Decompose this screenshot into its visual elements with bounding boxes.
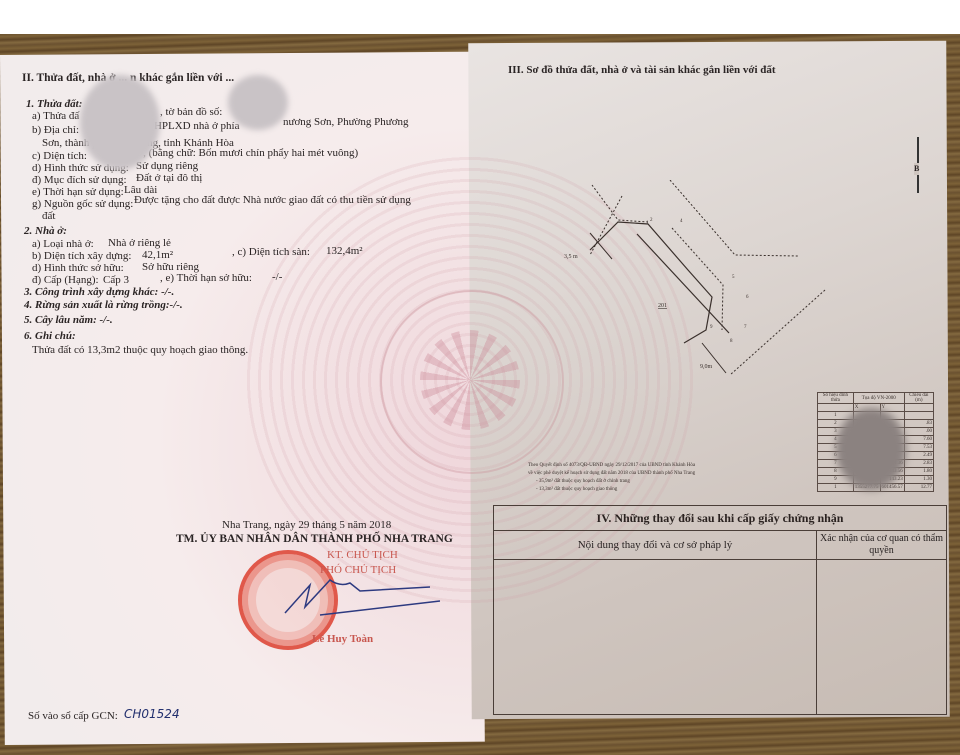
gcn-number-value: CH01524 <box>124 708 180 720</box>
changes-col-confirmation: Xác nhận của cơ quan có thẩm quyền <box>817 531 946 559</box>
item1b-ward: nương Sơn, Phường Phương <box>283 116 409 128</box>
coord-cell-len <box>904 412 933 420</box>
svg-text:3,5 m: 3,5 m <box>564 254 578 260</box>
redaction-blur <box>80 75 160 170</box>
coord-cell-len: 7.60 <box>904 436 933 444</box>
item2a-label: a) Loại nhà ở: <box>32 238 94 250</box>
item2c-label: , c) Diện tích sàn: <box>232 246 310 258</box>
item6-note: Thửa đất có 13,3m2 thuộc quy hoạch giao … <box>32 344 248 356</box>
item1a-map-sheet: , tờ bản đồ số: <box>160 106 222 118</box>
changes-col-content: Nội dung thay đổi và cơ sở pháp lý <box>494 531 817 559</box>
item2d-label: d) Hình thức sở hữu: <box>32 262 124 274</box>
coord-cell-len: 1.80 <box>904 468 933 476</box>
item2dd-label: đ) Cấp (Hạng): <box>32 274 99 286</box>
svg-text:9: 9 <box>710 325 713 330</box>
item1b-address-part: QHPLXD nhà ở phía <box>146 120 240 132</box>
svg-text:4: 4 <box>680 219 683 224</box>
item3-other-construction: 3. Công trình xây dựng khác: -/-. <box>24 286 174 298</box>
item2dd-value: Cấp 3 <box>103 274 129 286</box>
north-label: B <box>914 163 919 175</box>
note-line: Theo Quyết định số 4073/QĐ-UBND ngày 29/… <box>528 462 695 470</box>
coord-cell-len: 7.53 <box>904 444 933 452</box>
coord-cell-len: .00 <box>904 428 933 436</box>
item1g-continuation: đất <box>42 210 55 222</box>
svg-text:2: 2 <box>650 218 653 223</box>
item1g-value: Được tặng cho đất được Nhà nước giao đất… <box>134 194 411 206</box>
item5-perennial-trees: 5. Cây lâu năm: -/-. <box>24 314 113 326</box>
signature-mark <box>280 575 450 625</box>
item2e-value: -/- <box>272 271 282 283</box>
changes-after-issuance-table: IV. Những thay đổi sau khi cấp giấy chứn… <box>493 505 947 715</box>
item1c-label: c) Diện tích: <box>32 150 87 162</box>
note-line: về việc phê duyệt kế hoạch sử dụng đất n… <box>528 470 695 478</box>
redaction-blur <box>228 75 288 130</box>
item2b-label: b) Diện tích xây dựng: <box>32 250 131 262</box>
coord-cell-id: 1 <box>818 484 854 492</box>
item2c-value: 132,4m² <box>326 245 363 257</box>
changes-confirmation-cell <box>817 560 946 714</box>
item1a-label: a) Thửa đấ <box>32 110 79 122</box>
item1e-label: e) Thời hạn sử dụng: <box>32 186 124 198</box>
coord-header-vertex: Số hiệu đỉnh thửa <box>818 393 854 404</box>
coord-cell-len: 12.77 <box>904 484 933 492</box>
svg-text:5: 5 <box>732 275 735 280</box>
coord-cell-len: .83 <box>904 420 933 428</box>
changes-content-cell <box>494 560 817 714</box>
changes-table-title: IV. Những thay đổi sau khi cấp giấy chứn… <box>494 506 946 531</box>
item2b-value: 42,1m² <box>142 249 173 261</box>
gcn-number-label: Số vào sổ cấp GCN: <box>28 710 118 722</box>
note-line: - 35,9m² đất thuộc quy hoạch đất ở chỉnh… <box>528 478 695 486</box>
coord-cell-len: 1.30 <box>904 476 933 484</box>
item4-production-forest: 4. Rừng sản xuất là rừng trồng:-/-. <box>24 299 183 311</box>
coord-cell-len: 2.49 <box>904 452 933 460</box>
svg-text:7: 7 <box>744 325 747 330</box>
svg-text:8: 8 <box>730 339 733 344</box>
note-line: - 13,3m² đất thuộc quy hoạch giao thông <box>528 486 695 494</box>
coord-header-vn2000: Tọa độ VN-2000 <box>853 393 904 404</box>
planning-notes: Theo Quyết định số 4073/QĐ-UBND ngày 29/… <box>528 462 695 494</box>
coord-cell-len: 2.83 <box>904 460 933 468</box>
top-margin <box>0 0 960 34</box>
svg-text:9,0m: 9,0m <box>700 364 713 370</box>
item2e-label: , e) Thời hạn sở hữu: <box>160 272 252 284</box>
item2-title: 2. Nhà ở: <box>24 225 67 237</box>
item1-title: 1. Thửa đất: <box>26 98 82 110</box>
item2a-value: Nhà ở riêng lẻ <box>108 237 171 249</box>
watermark-star-icon <box>420 330 520 430</box>
item1g-label: g) Nguồn gốc sử dụng: <box>32 198 133 210</box>
north-arrow-icon: B <box>913 137 923 193</box>
signer-role-1: KT. CHỦ TỊCH <box>327 549 398 561</box>
parcel-diagram: 3,5 m 9,0m 201 1 2 4 5 6 7 8 9 <box>560 180 840 380</box>
issuing-authority: TM. ỦY BAN NHÂN DÂN THÀNH PHỐ NHA TRANG <box>176 533 453 545</box>
item6-title: 6. Ghi chú: <box>24 330 76 342</box>
signer-name: Lê Huy Toàn <box>312 633 373 645</box>
item1dd-label: đ) Mục đích sử dụng: <box>32 174 127 186</box>
item1dd-value: Đất ở tại đô thị <box>136 172 202 184</box>
issue-date: Nha Trang, ngày 29 tháng 5 năm 2018 <box>222 519 391 531</box>
svg-text:201: 201 <box>658 303 667 309</box>
coord-header-length: Chiều dài (m) <box>904 393 933 404</box>
section-iii-title: III. Sơ đồ thửa đất, nhà ở và tài sản kh… <box>508 64 776 76</box>
item1b-label: b) Địa chỉ: <box>32 124 79 136</box>
redaction-blur <box>836 408 906 490</box>
item1d-value: Sử dụng riêng <box>136 160 198 172</box>
svg-text:6: 6 <box>746 295 749 300</box>
